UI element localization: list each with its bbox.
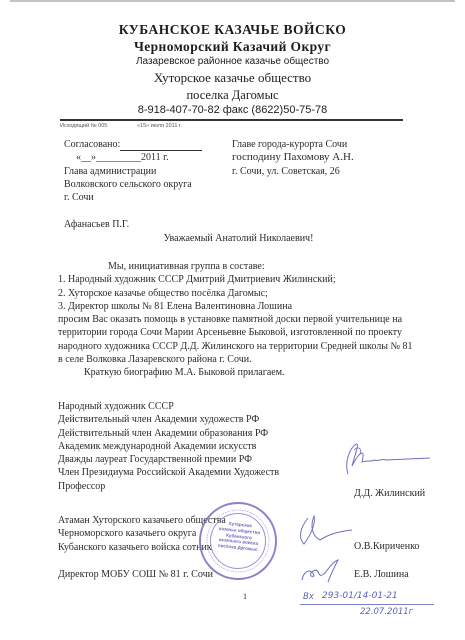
outgoing-date: «15» июля 2011 г. bbox=[137, 123, 182, 129]
addressee-line-1: Главе города-курорта Сочи bbox=[232, 138, 354, 151]
incoming-date: 22.07.2011г bbox=[360, 607, 413, 617]
body-member-3: 3. Директор школы № 81 Елена Валентиновн… bbox=[58, 300, 413, 313]
body-intro: Мы, инициативная группа в составе: bbox=[58, 260, 413, 273]
artist-signature-icon bbox=[340, 440, 450, 480]
artist-title-6: Член Президиума Российской Академии Худо… bbox=[58, 466, 279, 479]
artist-title-1: Народный художник СССР bbox=[58, 400, 279, 413]
body-attachment: Краткую биографию М.А. Быковой прилагаем… bbox=[58, 366, 413, 379]
page-number: 1 bbox=[243, 590, 247, 603]
approval-position-1: Глава администрации bbox=[64, 165, 202, 178]
approval-date-line: «__»_________2011 г. bbox=[64, 151, 202, 164]
body-member-1: 1. Народный художник СССР Дмитрий Дмитри… bbox=[58, 273, 413, 286]
approval-position-2: Волковского сельского округа bbox=[64, 178, 202, 191]
ataman-signature-icon bbox=[290, 510, 360, 555]
letterhead-line-3: Лазаревское районное казачье общество bbox=[0, 56, 465, 67]
artist-name: Д.Д. Жилинский bbox=[354, 487, 425, 500]
letterhead-line-2: Черноморский Казачий Округ bbox=[0, 39, 465, 55]
artist-title-3: Действительный член Академии образования… bbox=[58, 427, 279, 440]
approval-name: Афанасьев П.Г. bbox=[64, 218, 129, 231]
approval-position-3: г. Сочи bbox=[64, 191, 202, 204]
letterhead-divider bbox=[60, 119, 403, 121]
artist-title-7: Профессор bbox=[58, 480, 279, 493]
body-request-2: территории города Сочи Марии Арсеньевне … bbox=[58, 326, 413, 339]
ataman-name: О.В.Кириченко bbox=[354, 540, 419, 553]
incoming-number: 293-01/14-01-21 bbox=[322, 591, 398, 601]
artist-title-4: Академик международной Академии искусств bbox=[58, 440, 279, 453]
addressee-block: Главе города-курорта Сочи господину Пахо… bbox=[232, 138, 354, 178]
body-request-1: просим Вас оказать помощь в установке па… bbox=[58, 313, 413, 326]
approval-block: Согласовано: «__»_________2011 г. Глава … bbox=[64, 138, 202, 204]
artist-title-2: Действительный член Академии художеств Р… bbox=[58, 413, 279, 426]
director-name: Е.В. Лошина bbox=[354, 568, 409, 581]
artist-titles: Народный художник СССР Действительный чл… bbox=[58, 400, 279, 493]
body-request-3: народного художника СССР Д.Д. Жилинского… bbox=[58, 340, 413, 353]
letter-body: Мы, инициативная группа в составе: 1. На… bbox=[58, 260, 413, 380]
letterhead-contacts: 8-918-407-70-82 факс (8622)50-75-78 bbox=[0, 104, 465, 116]
letterhead-line-4: Хуторское казачье общество bbox=[0, 70, 465, 86]
incoming-underline bbox=[300, 604, 434, 605]
artist-title-5: Дважды лауреат Государственной премии РФ bbox=[58, 453, 279, 466]
outgoing-number: Исходящий № 005 bbox=[60, 123, 107, 129]
approval-label: Согласовано: bbox=[64, 139, 120, 150]
body-member-2: 2. Хуторское казачье общество посёлка Да… bbox=[58, 287, 413, 300]
salutation: Уважаемый Анатолий Николаевич! bbox=[0, 232, 465, 245]
addressee-line-3: г. Сочи, ул. Советская, 26 bbox=[232, 165, 354, 178]
letterhead-line-5: поселка Дагомыс bbox=[0, 88, 465, 103]
body-request-4: в селе Волковка Лазаревского района г. С… bbox=[58, 353, 413, 366]
scan-edge bbox=[10, 0, 455, 2]
incoming-prefix: Вх bbox=[303, 592, 314, 602]
letterhead-line-1: КУБАНСКОЕ КАЗАЧЬЕ ВОЙСКО bbox=[0, 22, 465, 38]
director-title: Директор МОБУ СОШ № 81 г. Сочи bbox=[58, 568, 213, 581]
stamp-text: Хуторское казачье общество Кубанского ка… bbox=[212, 519, 267, 553]
addressee-line-2: господину Пахомову А.Н. bbox=[232, 151, 354, 164]
director-signature-icon bbox=[298, 558, 348, 586]
